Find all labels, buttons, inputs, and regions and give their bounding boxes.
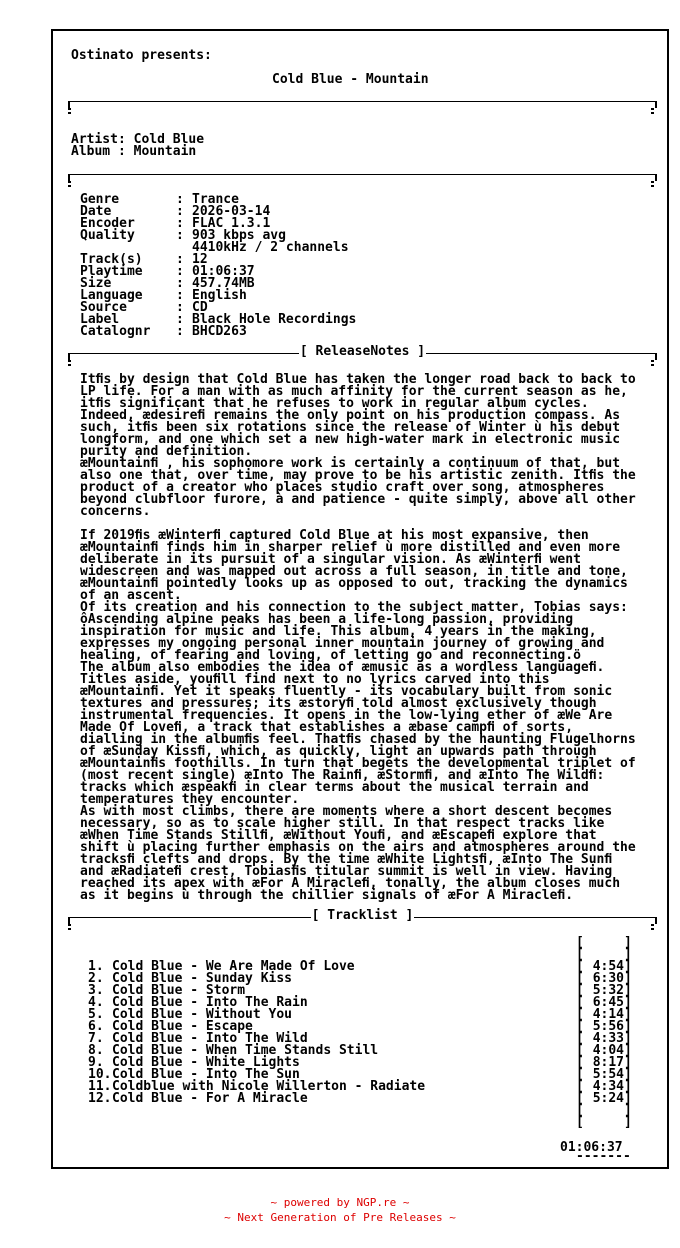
release-notes-line: as it begins ù through the chillier sign… [80,890,573,902]
box-dots-right [651,181,654,189]
box-dots-left [68,924,71,932]
track-title: Cold Blue - For A Miracle [112,1093,308,1105]
box-dots-left [68,181,71,189]
box-divider-artist [68,101,657,108]
nfo-document: Ostinato presents: Cold Blue - Mountain … [51,29,669,1169]
track-duration: 5:24 [586,1093,624,1105]
tracklist-title: [ Tracklist ] [311,908,415,923]
box-dots-right [651,360,654,368]
presenter-text: Ostinato presents: [71,50,212,62]
album-row: Album : Mountain [71,146,196,158]
box-dots-right [651,108,654,116]
box-divider-info [68,174,657,181]
duration-empty: [] [576,1117,584,1129]
total-underline: ------- [576,1151,631,1163]
footer-powered-by: ~ powered by NGP.re ~ [0,1196,680,1210]
release-title: Cold Blue - Mountain [272,74,429,86]
info-colon: : [176,326,184,338]
release-notes-title: [ ReleaseNotes ] [299,344,426,359]
bracket-close: ] [624,1117,632,1129]
info-value: 4410kHz / 2 channels [192,242,349,254]
release-notes-text: beyond clubfloor furore, à and patience … [80,492,636,507]
box-dots-left [68,360,71,368]
footer-tagline: ~ Next Generation of Pre Releases ~ [0,1211,680,1225]
album-value: Mountain [134,144,197,159]
release-notes-text: concerns. [80,504,150,519]
release-notes-header: [ ReleaseNotes ] [68,353,657,360]
box-dots-left [68,108,71,116]
info-label: Catalognr [80,326,150,338]
info-colon: : [176,230,184,242]
info-label: Quality [80,230,135,242]
track-number: 12. [88,1093,111,1105]
release-notes-text: as it begins ù through the chillier sign… [80,888,573,903]
info-value: BHCD263 [192,326,247,338]
release-notes-line: beyond clubfloor furore, à and patience … [80,494,636,506]
tracklist-header: [ Tracklist ] [68,917,657,924]
release-notes-line: concerns. [80,506,150,518]
bracket-open: [ [576,1115,584,1130]
box-dots-right [651,924,654,932]
